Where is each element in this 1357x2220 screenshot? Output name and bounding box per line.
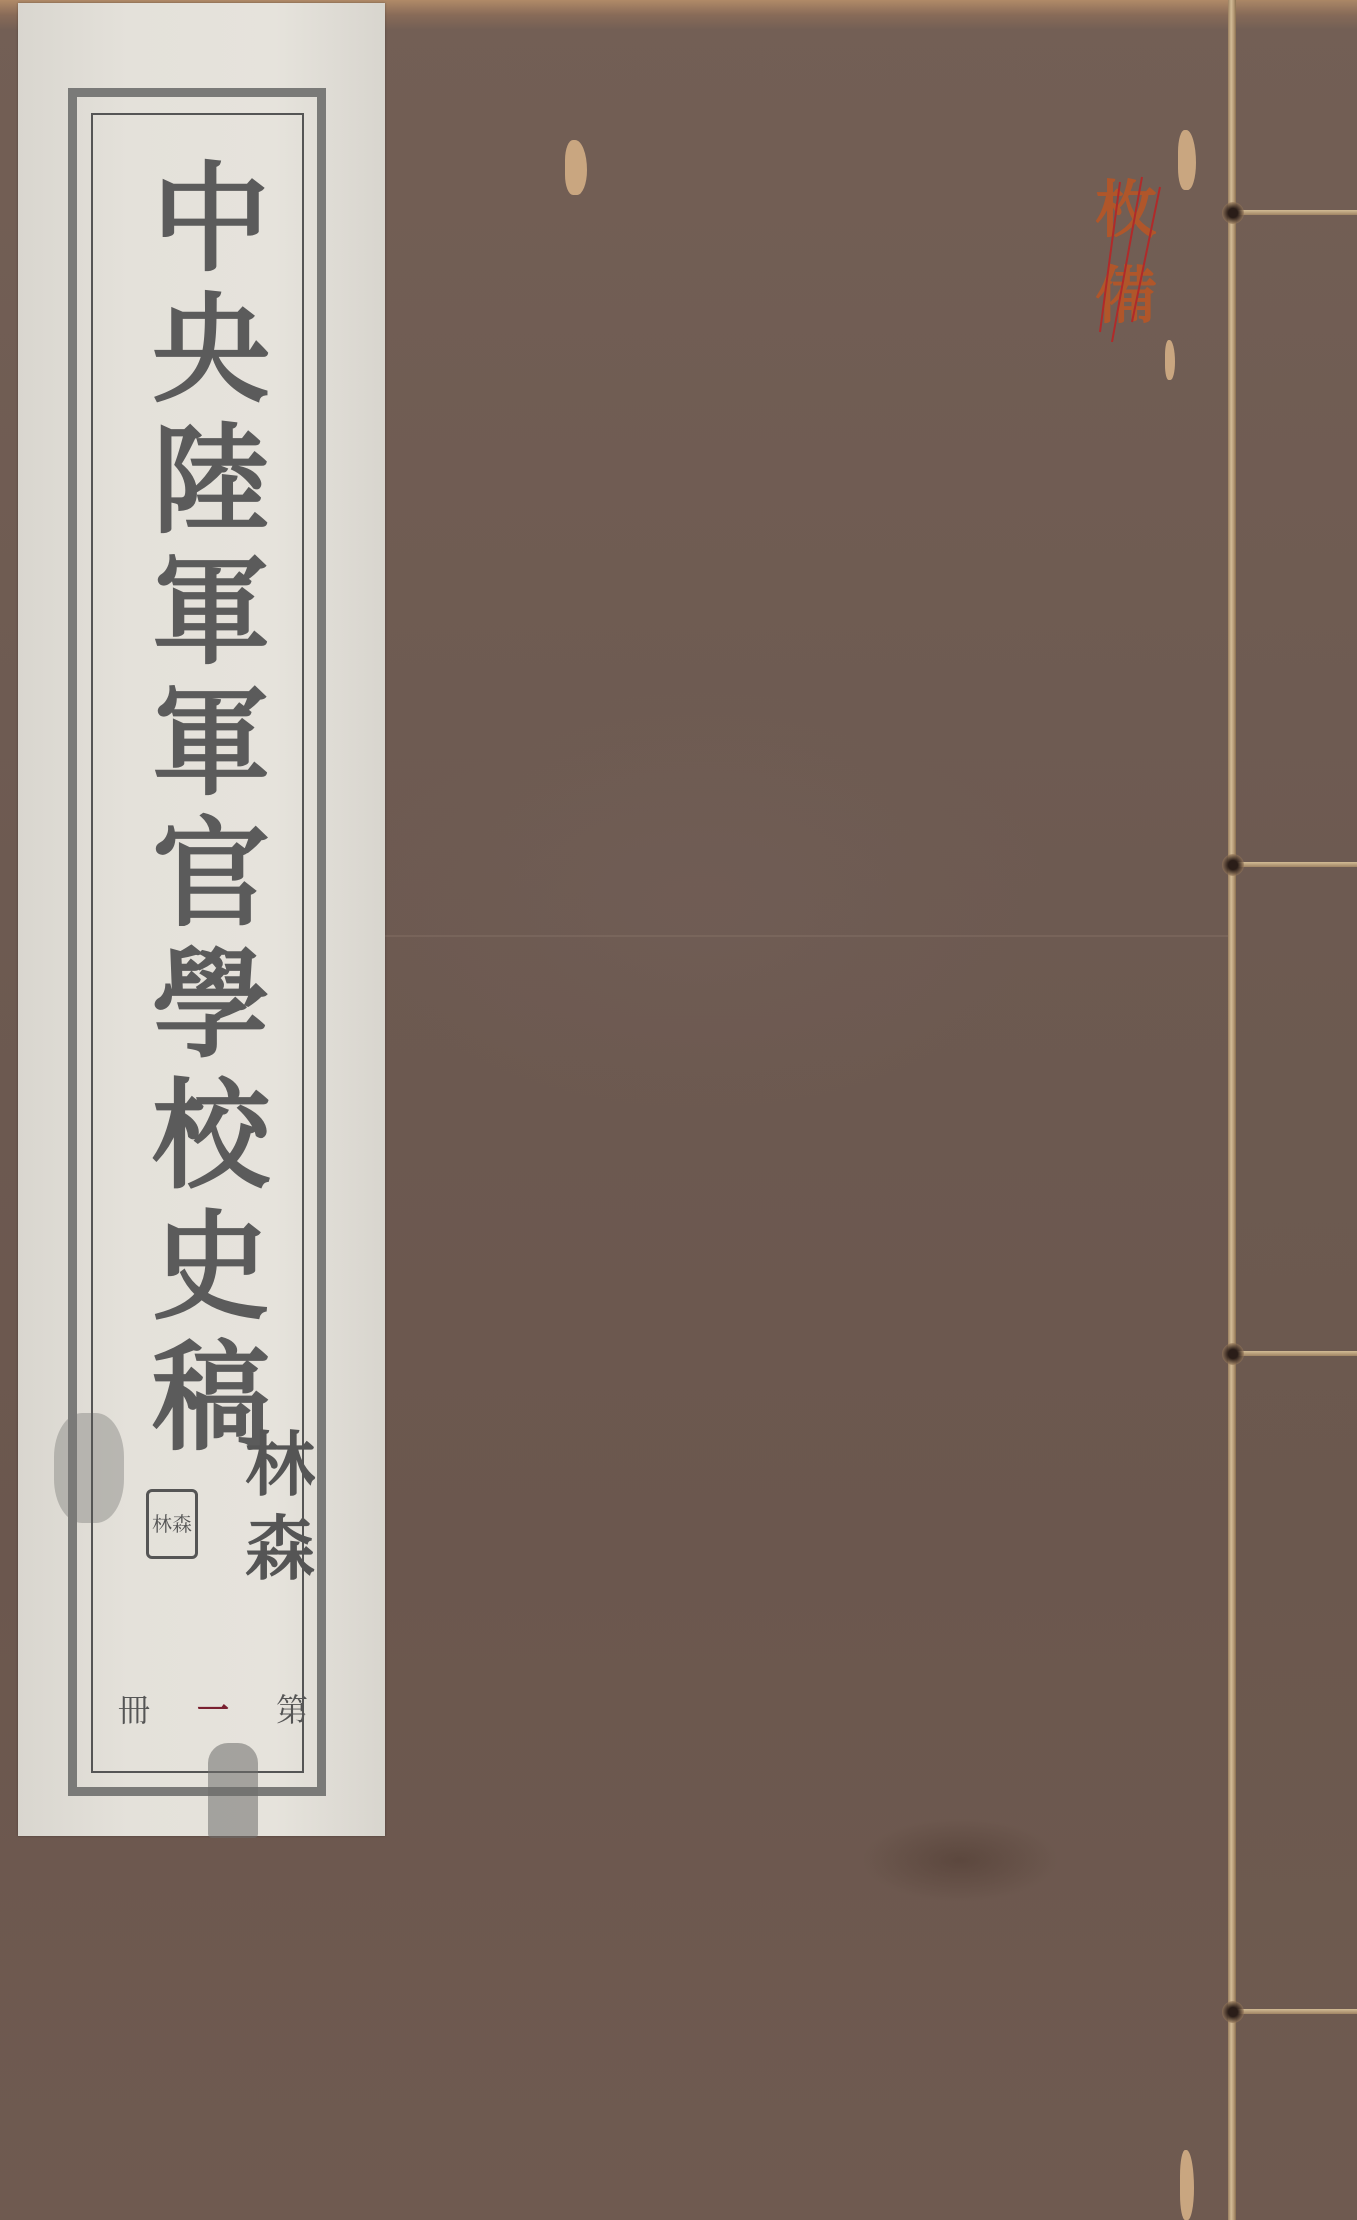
volume-number: 第 一 冊 — [118, 1683, 308, 1733]
author-char: 森 — [245, 1507, 315, 1591]
paper-tear — [1165, 340, 1175, 380]
binding-thread — [1232, 2009, 1357, 2014]
binding-hole-icon — [1222, 1343, 1244, 1365]
ink-smudge — [208, 1743, 258, 1838]
title-char: 陸 — [152, 415, 270, 546]
title-char: 史 — [152, 1201, 270, 1332]
volume-digit: 一 — [197, 1685, 229, 1731]
volume-prefix: 第 — [276, 1685, 308, 1731]
binding-hole-icon — [1222, 2001, 1244, 2023]
stamp-strikethrough-lines — [1090, 172, 1162, 342]
paper-tear — [1180, 2150, 1194, 2220]
binding-hole-icon — [1222, 202, 1244, 224]
author-name: 林 森 — [240, 1423, 320, 1591]
spine-panel — [1236, 0, 1357, 2220]
binding-thread — [1232, 210, 1357, 215]
title-char: 官 — [152, 808, 270, 939]
binding-thread — [1232, 862, 1357, 867]
author-char: 林 — [245, 1423, 315, 1507]
title-char: 軍 — [152, 677, 270, 808]
horizontal-fold-crease — [385, 935, 1235, 937]
title-char: 校 — [152, 1070, 270, 1201]
title-char: 軍 — [152, 546, 270, 677]
title-label-slip: 中 央 陸 軍 軍 官 學 校 史 稿 林 森 林森 第 一 冊 — [18, 3, 385, 1836]
paper-tear — [565, 140, 587, 195]
paper-tear — [1178, 130, 1196, 190]
binding-thread — [1232, 1351, 1357, 1356]
volume-suffix: 冊 — [118, 1685, 150, 1731]
spine-binding-thread — [1228, 0, 1236, 2220]
author-seal-icon: 林森 — [146, 1489, 198, 1559]
title-char: 央 — [152, 284, 270, 415]
book-cover: 中 央 陸 軍 軍 官 學 校 史 稿 林 森 林森 第 一 冊 枚 備 — [0, 0, 1357, 2220]
title-char: 學 — [152, 939, 270, 1070]
title-char: 中 — [152, 153, 270, 284]
binding-hole-icon — [1222, 854, 1244, 876]
book-title: 中 央 陸 軍 軍 官 學 校 史 稿 — [146, 153, 276, 1463]
